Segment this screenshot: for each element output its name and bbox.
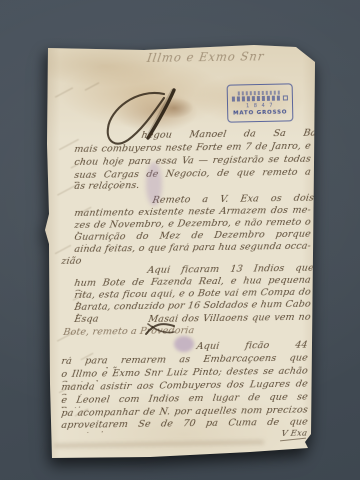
paper-shadow-wrapper: Illmo e Exmo Snr 1 8 4 7 MATO GROSSO heg… [44,44,316,462]
manuscript-line: aproveitarem Se de 70 pa Cuma de que rem… [60,418,308,433]
manuscript-line: Esqa [73,315,99,326]
bottom-edge-grime [54,440,264,448]
letter-heading: Illmo e Exmo Snr [146,50,265,65]
manuscript-line: ainda feitas, o que fará para hua segund… [73,242,311,257]
ink-scribble [144,320,178,338]
stamp-illegible-dashes [232,96,281,102]
bleedthrough-stroke [55,87,73,97]
stamp-date-line: 1 8 4 7 [246,102,274,109]
photo-of-manuscript: { "scene": { "background_color": "#454e5… [0,0,360,480]
manuscript-line: as relaçoens. [73,181,140,193]
archive-stamp: 1 8 4 7 MATO GROSSO [227,83,294,122]
manuscript-line: Aqui ficão 44 Indios do Pa- [60,339,360,356]
bleedthrough-stroke [55,245,71,254]
violet-smudge-upper [146,162,162,206]
bleedthrough-stroke [85,82,100,90]
manuscript-paper: Illmo e Exmo Snr 1 8 4 7 MATO GROSSO heg… [44,44,316,462]
stamp-place-line: MATO GROSSO [233,109,287,116]
stamp-illegible-line-2 [232,95,288,102]
stamp-box-glyph [283,95,288,100]
violet-smudge-lower [174,336,194,352]
